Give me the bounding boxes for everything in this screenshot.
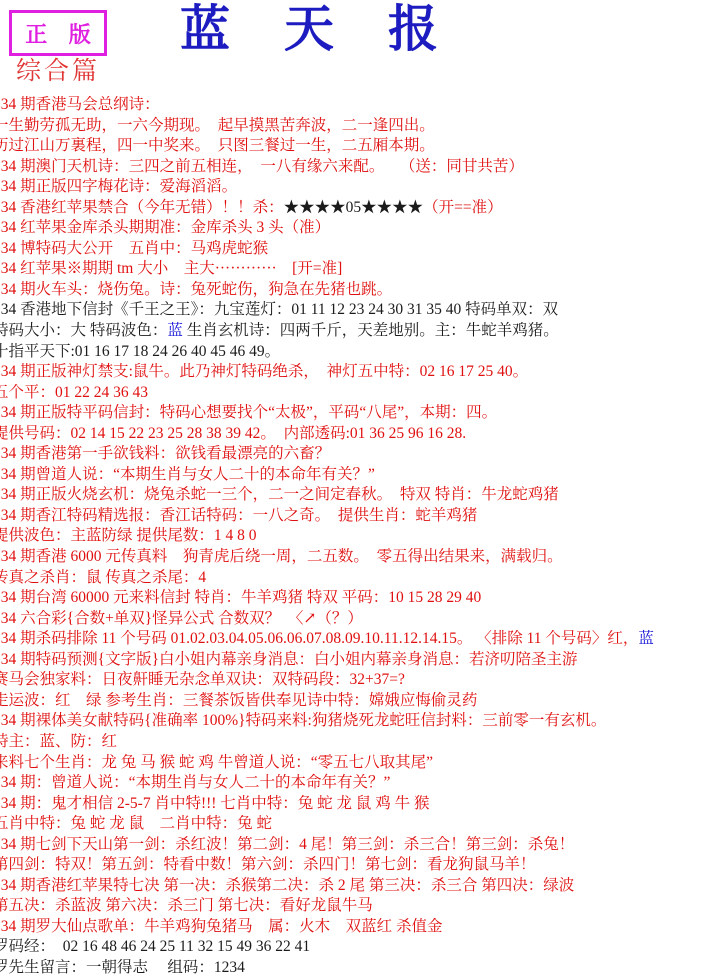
text-segment: 五肖中特：兔 蛇 龙 鼠 二肖中特：兔 蛇	[0, 815, 272, 832]
text-line: 134 期杀码排除 11 个号码 01.02.03.04.05.06.06.07…	[0, 629, 710, 650]
text-segment: 134 期澳门天机诗：三四之前五相连， 一八有缘六来配。 （送：同甘共苦）	[0, 158, 524, 175]
text-segment: 134 期正版特平码信封：特码心想要找个“太极”，平码“八尾”，本期：四。	[0, 404, 497, 421]
text-line: 第四剑：特双！第五剑：特看中数！第六剑：杀四门！第七剑：看龙狗鼠马羊！	[0, 855, 710, 876]
text-segment: 134 期正版四字梅花诗：爱海滔滔。	[0, 178, 237, 195]
text-line: 134 期正版特平码信封：特码心想要找个“太极”，平码“八尾”，本期：四。	[0, 403, 710, 424]
text-line: 134 期澳门天机诗：三四之前五相连， 一八有缘六来配。 （送：同甘共苦）	[0, 157, 710, 178]
text-segment: 134 期裸体美女献特码{准确率 100%}特码来料:狗猪烧死龙蛇旺信封料：三前…	[0, 712, 606, 729]
text-segment: 134 香港地下信封《千王之王》：九宝莲灯：01 11 12 23 24 30 …	[0, 301, 558, 318]
text-segment: 134 期火车头：烧伤兔。诗：兔死蛇伤，狗急在先猪也跳。	[0, 281, 392, 298]
text-line: 134 期罗大仙点歌单：牛羊鸡狗兔猪马 属：火木 双蓝红 杀值金	[0, 917, 710, 938]
text-segment: 134 期香港 6000 元传真料 狗青虎后绕一周，二五数。 零五得出结果来，满…	[0, 548, 563, 565]
text-line: 特码大小：大 特码波色：蓝 生肖玄机诗：四两千斤，天差地别。主：牛蛇羊鸡猪。	[0, 321, 710, 342]
text-line: 134 期曾道人说：“本期生肖与女人二十的本命年有关？”	[0, 465, 710, 486]
text-line: 134 博特码大公开 五肖中：马鸡虎蛇猴	[0, 239, 710, 260]
text-line: 罗码经： 02 16 48 46 24 25 11 32 15 49 36 22…	[0, 937, 710, 958]
text-line: 134 期正版四字梅花诗：爱海滔滔。	[0, 177, 710, 198]
text-line: 五肖中特：兔 蛇 龙 鼠 二肖中特：兔 蛇	[0, 814, 710, 835]
text-line: 134 期：曾道人说：“本期生肖与女人二十的本命年有关？”	[0, 773, 710, 794]
text-line: 五个平：01 22 24 36 43	[0, 383, 710, 404]
text-line: 134 六合彩{合数+单双}怪异公式 合数双？ 〈↗（？）	[0, 609, 710, 630]
text-line: 134 期：鬼才相信 2-5-7 肖中特!!! 七肖中特：兔 蛇 龙 鼠 鸡 牛…	[0, 794, 710, 815]
text-segment: 134 期香港马会总纲诗：	[0, 96, 160, 113]
text-line: 134 红苹果金库杀头期期准：金库杀头 3 头（准）	[0, 218, 710, 239]
text-segment: 134 期：曾道人说：“本期生肖与女人二十的本命年有关？”	[0, 774, 390, 791]
text-line: 罗先生留言：一朝得志 组码：1234	[0, 958, 710, 977]
text-segment: 赛马会独家料：日夜鼾睡无杂念单双诀：双特码段：32+37=?	[0, 671, 405, 688]
text-segment: 来料七个生肖：龙 兔 马 猴 蛇 鸡 牛曾道人说：“零五七八取其尾”	[0, 754, 433, 771]
text-line: 一生勤劳孤无助，一六今期现。 起早摸黑苦奔波，二一逢四出。	[0, 116, 710, 137]
text-segment: 134 期正版火烧玄机：烧兔杀蛇一三个，二一之间定春秋。 特双 特肖：牛龙蛇鸡猪	[0, 486, 559, 503]
text-line: 134 期火车头：烧伤兔。诗：兔死蛇伤，狗急在先猪也跳。	[0, 280, 710, 301]
text-line: 提供号码：02 14 15 22 23 25 28 38 39 42。 内部透码…	[0, 424, 710, 445]
edition-badge: 正 版	[9, 10, 107, 56]
text-line: 134 期七剑下天山第一剑：杀红波！第二剑：4 尾！第三剑：杀三合！第三剑：杀兔…	[0, 835, 710, 856]
text-segment: 134 期香港第一手欲钱料：欲钱看最漂亮的六畜？	[0, 445, 330, 462]
text-segment: 特码大小：大 特码波色：	[0, 322, 167, 339]
text-line: 第五决：杀蓝波 第六决：杀三门 第七决：看好龙鼠牛马	[0, 896, 710, 917]
text-line: 134 期特码预测{文字版}白小姐内幕亲身消息：白小姐内幕亲身消息：若济叨陪圣主…	[0, 650, 710, 671]
text-line: 134 期香江特码精选报：香江话特码：一八之奇。 提供生肖：蛇羊鸡猪	[0, 506, 710, 527]
text-segment: 134 期曾道人说：“本期生肖与女人二十的本命年有关？”	[0, 466, 375, 483]
text-line: 134 期香港第一手欲钱料：欲钱看最漂亮的六畜？	[0, 444, 710, 465]
text-line: 134 期香港红苹果特七决 第一决：杀猴第二决：杀 2 尾 第三决：杀三合 第四…	[0, 876, 710, 897]
text-segment: 134 六合彩{合数+单双}怪异公式 合数双？ 〈↗（？）	[0, 610, 363, 627]
text-segment: 134 红苹果※期期 tm 大小 主大············ [开=准]	[0, 260, 342, 277]
text-line: 134 期台湾 60000 元来料信封 特肖：牛羊鸡猪 特双 平码：10 15 …	[0, 588, 710, 609]
text-line: 134 期正版神灯禁支:鼠牛。此乃神灯特码绝杀， 神灯五中特：02 16 17 …	[0, 362, 710, 383]
text-segment: 134 期：鬼才相信 2-5-7 肖中特!!! 七肖中特：兔 蛇 龙 鼠 鸡 牛…	[0, 795, 430, 812]
text-line: 134 香港地下信封《千王之王》：九宝莲灯：01 11 12 23 24 30 …	[0, 300, 710, 321]
text-segment: 134 期特码预测{文字版}白小姐内幕亲身消息：白小姐内幕亲身消息：若济叨陪圣主…	[0, 651, 578, 668]
text-line: 134 红苹果※期期 tm 大小 主大············ [开=准]	[0, 259, 710, 280]
text-segment: 五个平：01 22 24 36 43	[0, 384, 148, 401]
text-segment: （开==准）	[423, 199, 502, 216]
text-line: 134 香港红苹果禁合（今年无错）！！杀：★★★★05★★★★（开==准）	[0, 198, 710, 219]
text-line: 来料七个生肖：龙 兔 马 猴 蛇 鸡 牛曾道人说：“零五七八取其尾”	[0, 753, 710, 774]
text-segment: 提供号码：02 14 15 22 23 25 28 38 39 42。 内部透码…	[0, 425, 466, 442]
text-segment: 传真之杀肖：鼠 传真之杀尾：4	[0, 569, 206, 586]
text-line: 特主：蓝、防：红	[0, 732, 710, 753]
text-segment: 蓝	[167, 322, 183, 339]
page-header: 正 版 蓝 天 报 综合篇	[0, 0, 710, 95]
text-segment: 提供波色：主蓝防绿 提供尾数：1 4 8 0	[0, 527, 257, 544]
text-line: 赛马会独家料：日夜鼾睡无杂念单双诀：双特码段：32+37=?	[0, 670, 710, 691]
text-segment: 134 期台湾 60000 元来料信封 特肖：牛羊鸡猪 特双 平码：10 15 …	[0, 589, 481, 606]
text-segment: 134 香港红苹果禁合（今年无错）！！杀：	[0, 199, 284, 216]
text-segment: 特主：蓝、防：红	[0, 733, 117, 750]
text-segment: 134 红苹果金库杀头期期准：金库杀头 3 头（准）	[0, 219, 330, 236]
text-segment: ★★★★05★★★★	[284, 199, 424, 216]
section-title: 综合篇	[16, 57, 100, 87]
report-body: 134 期香港马会总纲诗：一生勤劳孤无助，一六今期现。 起早摸黑苦奔波，二一逢四…	[0, 95, 710, 977]
text-segment: 生肖玄机诗：四两千斤，天差地别。主：牛蛇羊鸡猪。	[183, 322, 559, 339]
text-line: 134 期香港 6000 元传真料 狗青虎后绕一周，二五数。 零五得出结果来，满…	[0, 547, 710, 568]
text-segment: 134 期罗大仙点歌单：牛羊鸡狗兔猪马 属：火木 双蓝红 杀值金	[0, 918, 443, 935]
text-segment: 罗码经： 02 16 48 46 24 25 11 32 15 49 36 22…	[0, 938, 310, 955]
text-line: 134 期香港马会总纲诗：	[0, 95, 710, 116]
text-segment: 蓝	[638, 630, 654, 647]
text-segment: 第五决：杀蓝波 第六决：杀三门 第七决：看好龙鼠牛马	[0, 897, 373, 914]
text-line: 134 期裸体美女献特码{准确率 100%}特码来料:狗猪烧死龙蛇旺信封料：三前…	[0, 711, 710, 732]
text-segment: 134 期香港红苹果特七决 第一决：杀猴第二决：杀 2 尾 第三决：杀三合 第四…	[0, 877, 574, 894]
text-segment: 走运波：红 绿 参考生肖：三餐茶饭皆供奉见诗中特：嫦娥应悔偷灵药	[0, 692, 477, 709]
text-segment: 十指平天下:01 16 17 18 24 26 40 45 46 49。	[0, 343, 280, 360]
text-segment: 134 期七剑下天山第一剑：杀红波！第二剑：4 尾！第三剑：杀三合！第三剑：杀兔…	[0, 836, 574, 853]
page-title: 蓝 天 报	[180, 0, 440, 60]
text-segment: 134 期正版神灯禁支:鼠牛。此乃神灯特码绝杀， 神灯五中特：02 16 17 …	[0, 363, 528, 380]
text-line: 134 期正版火烧玄机：烧兔杀蛇一三个，二一之间定春秋。 特双 特肖：牛龙蛇鸡猪	[0, 485, 710, 506]
text-line: 走运波：红 绿 参考生肖：三餐茶饭皆供奉见诗中特：嫦娥应悔偷灵药	[0, 691, 710, 712]
text-line: 提供波色：主蓝防绿 提供尾数：1 4 8 0	[0, 526, 710, 547]
text-segment: 一生勤劳孤无助，一六今期现。 起早摸黑苦奔波，二一逢四出。	[0, 117, 435, 134]
text-segment: 历过江山万裏程，四一中奖来。 只图三餐过一生，二五厢本期。	[0, 137, 435, 154]
text-line: 历过江山万裏程，四一中奖来。 只图三餐过一生，二五厢本期。	[0, 136, 710, 157]
text-segment: 134 博特码大公开 五肖中：马鸡虎蛇猴	[0, 240, 268, 257]
text-line: 十指平天下:01 16 17 18 24 26 40 45 46 49。	[0, 342, 710, 363]
lottery-tip-sheet: { "page": { "badge": "正 版", "title": "蓝 …	[0, 0, 710, 977]
text-segment: 134 期杀码排除 11 个号码 01.02.03.04.05.06.06.07…	[0, 630, 638, 647]
text-segment: 罗先生留言：一朝得志 组码：1234	[0, 959, 245, 976]
text-segment: 第四剑：特双！第五剑：特看中数！第六剑：杀四门！第七剑：看龙狗鼠马羊！	[0, 856, 536, 873]
text-segment: 134 期香江特码精选报：香江话特码：一八之奇。 提供生肖：蛇羊鸡猪	[0, 507, 477, 524]
text-line: 传真之杀肖：鼠 传真之杀尾：4	[0, 568, 710, 589]
